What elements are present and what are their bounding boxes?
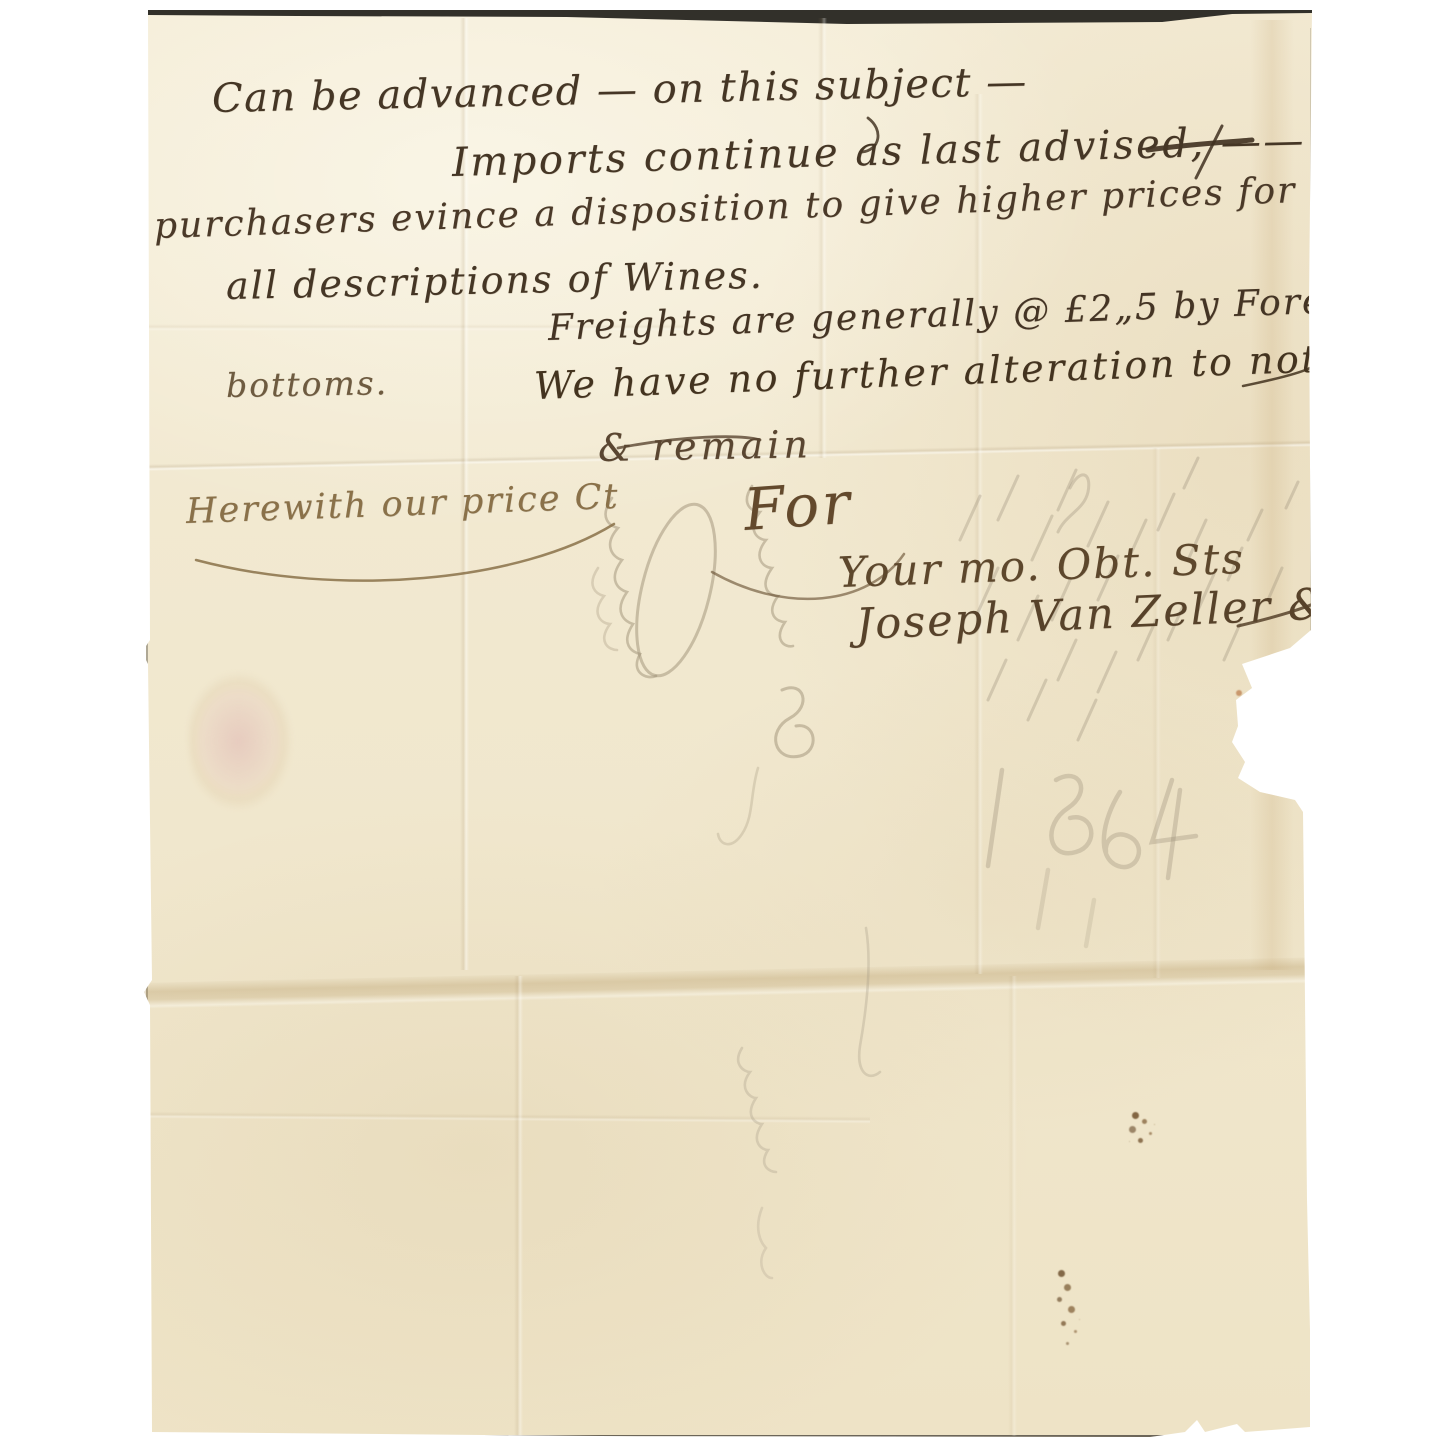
fold-crease-vertical-far-right [1152,448,1161,978]
fold-crease-vertical-lower-left [514,976,523,1436]
paper-left-edge [146,26,148,1426]
wax-seal-stain [188,670,300,828]
fold-crease-horizontal-lower [146,1111,870,1123]
handwriting-line-no-alteration: We have no further alteration to note [533,336,1344,408]
handwriting-line-purchasers: purchasers evince a disposition to give … [153,170,1297,247]
scan-edge-band [146,8,1314,24]
rust-spot [1236,690,1242,696]
handwriting-line-and-remain: & remain [598,422,813,470]
fold-crease-vertical-lower-right [1008,976,1017,1436]
fold-band-horizontal-main [142,957,1322,1009]
handwriting-line-wines: all descriptions of Wines. [226,253,765,308]
ink-speck-stain [1058,1270,1065,1277]
letter-scan: Can be advanced — on this subject — Impo… [0,0,1445,1445]
handwriting-word-bottoms: bottoms. [226,363,389,405]
paper-right-edge [1310,28,1312,1423]
letter-page: Can be advanced — on this subject — Impo… [146,8,1314,1440]
handwriting-line-advanced-subject: Can be advanced — on this subject — [212,59,1029,122]
paper-bottom-edge [146,1435,1314,1438]
handwriting-word-for: For [742,468,855,543]
fold-crease-vertical-right [974,94,983,974]
handwriting-line-herewith-price: Herewith our price Ct [185,477,620,532]
ink-speck-stain [1132,1112,1139,1119]
